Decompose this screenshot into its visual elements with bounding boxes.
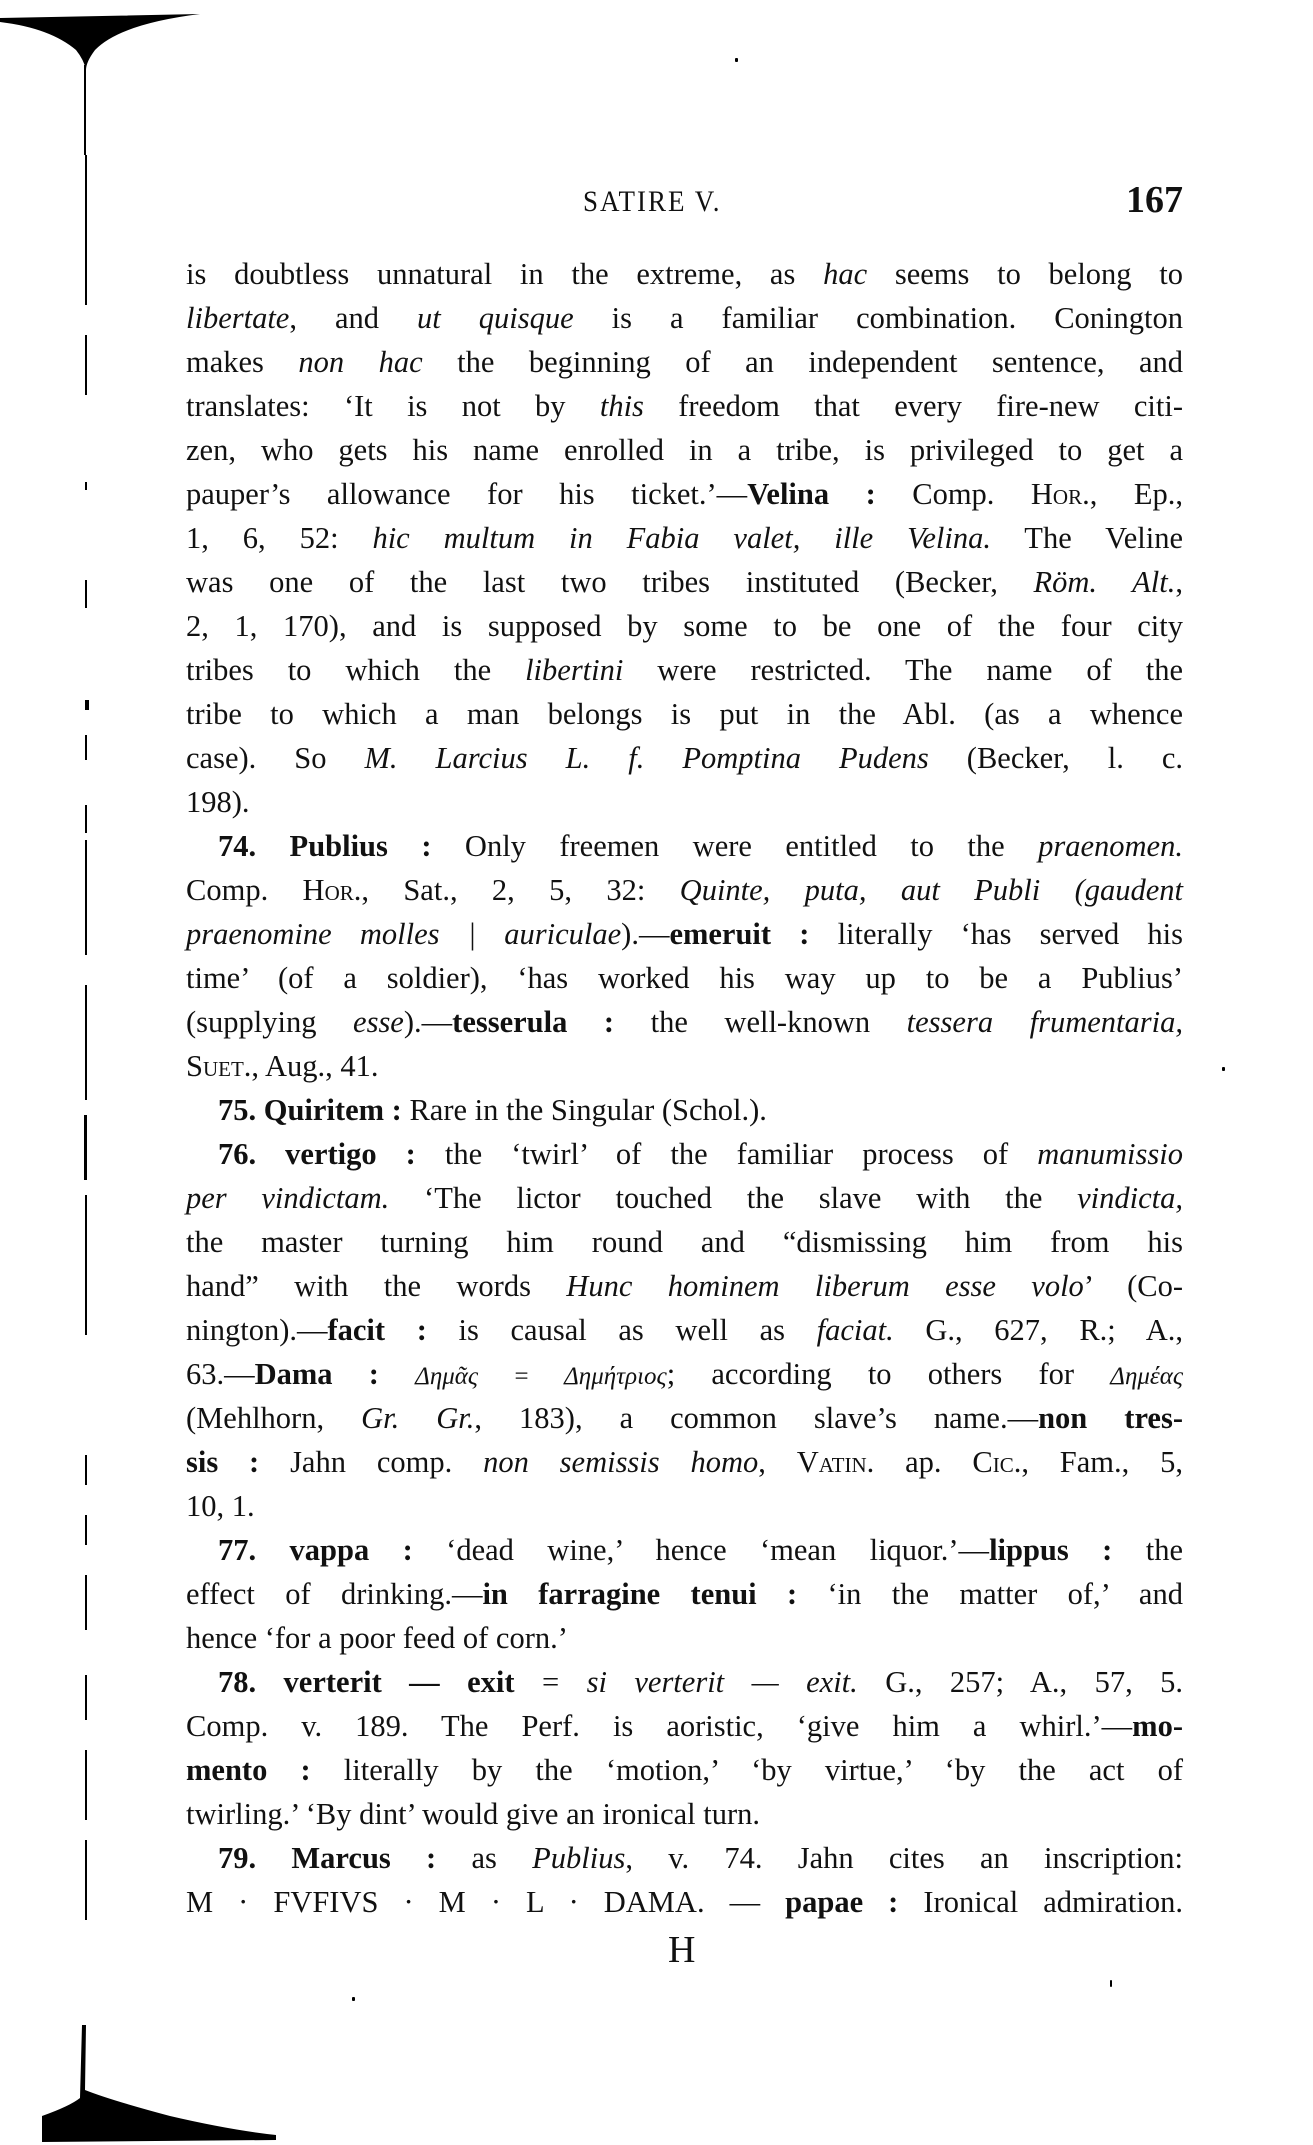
text-run: ‘dead wine,’ hence ‘mean liquor.’—	[413, 1533, 989, 1567]
text-run: tribe to which a man belongs is put in t…	[186, 697, 1183, 731]
italic-phrase: tessera frumentaria,	[907, 1005, 1183, 1039]
text-run: effect of drinking.—	[186, 1577, 482, 1611]
text-line: 2, 1, 170), and is supposed by some to b…	[186, 604, 1183, 648]
margin-mark	[85, 1515, 87, 1545]
text-run: as	[436, 1841, 532, 1875]
text-line: is doubtless unnatural in the extreme, a…	[186, 252, 1183, 296]
text-run: (Mehlhorn,	[186, 1401, 361, 1435]
text-run: Comp. v. 189. The Perf. is aoristic, ‘gi…	[186, 1709, 1132, 1743]
text-line: translates: ‘It is not by this freedom t…	[186, 384, 1183, 428]
text-line: 75. Quiritem : Rare in the Singular (Sch…	[186, 1088, 1183, 1132]
text-run: ., Ep.,	[1082, 477, 1183, 511]
page-number: 167	[1126, 178, 1183, 222]
commentary-body: is doubtless unnatural in the extreme, a…	[186, 252, 1183, 1924]
text-line: 10, 1.	[186, 1484, 1183, 1528]
margin-mark	[85, 700, 89, 710]
text-line: 198).	[186, 780, 1183, 824]
lemma: papae :	[785, 1885, 898, 1919]
text-run: the beginning of an independent sentence…	[423, 345, 1183, 379]
text-run: freedom that every fire-new citi-	[644, 389, 1183, 423]
text-line: 77. vappa : ‘dead wine,’ hence ‘mean liq…	[186, 1528, 1183, 1572]
lemma: 75. Quiritem :	[218, 1093, 402, 1127]
text-run: ., Sat., 2, 5, 32:	[354, 873, 680, 907]
margin-mark	[85, 1750, 87, 1820]
margin-mark	[85, 735, 87, 760]
lemma: 79. Marcus :	[218, 1841, 436, 1875]
text-line: zen, who gets his name enrolled in a tri…	[186, 428, 1183, 472]
text-line: 78. verterit — exit = si verterit — exit…	[186, 1660, 1183, 1704]
text-run: were restricted. The name of the	[623, 653, 1183, 687]
italic-phrase: manumissio	[1037, 1137, 1183, 1171]
text-run: zen, who gets his name enrolled in a tri…	[186, 433, 1183, 467]
text-line: time’ (of a soldier), ‘has worked his wa…	[186, 956, 1183, 1000]
text-line: (supplying esse).—tesserula : the well-k…	[186, 1000, 1183, 1044]
lemma: facit :	[327, 1313, 426, 1347]
text-run: G., 257; A., 57, 5.	[858, 1665, 1183, 1699]
text-run: ).—	[404, 1005, 452, 1039]
margin-mark	[85, 235, 87, 305]
text-line: was one of the last two tribes institute…	[186, 560, 1183, 604]
text-line: M · FVFIVS · M · L · DAMA. — papae : Iro…	[186, 1880, 1183, 1924]
text-line: makes non hac the beginning of an indepe…	[186, 340, 1183, 384]
text-line: Comp. v. 189. The Perf. is aoristic, ‘gi…	[186, 1704, 1183, 1748]
text-run: ,	[1175, 565, 1183, 599]
text-run: is a familiar combination. Conington	[574, 301, 1183, 335]
text-run: ,	[758, 1445, 796, 1479]
text-line: pauper’s allowance for his ticket.’—Veli…	[186, 472, 1183, 516]
text-run: 198).	[186, 785, 250, 819]
text-run: Rare in the Singular (Schol.).	[402, 1093, 767, 1127]
text-run: pauper’s allowance for his ticket.’—	[186, 477, 747, 511]
text-run: 10, 1.	[186, 1489, 255, 1523]
italic-phrase: Quinte, puta, aut Publi (gaudent	[680, 873, 1183, 907]
text-line: tribe to which a man belongs is put in t…	[186, 692, 1183, 736]
text-run: translates: ‘It is not by	[186, 389, 600, 423]
text-line: nington).—facit : is causal as well as f…	[186, 1308, 1183, 1352]
italic-phrase: Publius	[532, 1841, 625, 1875]
text-line: 63.—Dama : Δημᾶς = Δημήτριος; according …	[186, 1352, 1183, 1396]
text-run: , v. 74. Jahn cites an inscription:	[625, 1841, 1183, 1875]
text-run: twirling.’ ‘By dint’ would give an ironi…	[186, 1797, 760, 1831]
text-run: ‘The lictor touched the slave with the	[389, 1181, 1077, 1215]
text-run: Hor	[303, 873, 354, 907]
text-run: the	[1112, 1533, 1183, 1567]
greek-phrase: Δημᾶς = Δημήτριος	[415, 1363, 667, 1390]
text-line: tribes to which the libertini were restr…	[186, 648, 1183, 692]
text-line: hand” with the words Hunc hominem liberu…	[186, 1264, 1183, 1308]
lemma: 76. vertigo :	[218, 1137, 416, 1171]
book-page: SATIRE V. 167 is doubtless unnatural in …	[0, 0, 1313, 2145]
text-line: (Mehlhorn, Gr. Gr., 183), a common slave…	[186, 1396, 1183, 1440]
italic-phrase: ut quisque	[417, 301, 574, 335]
printer-signature-mark: H	[668, 1928, 695, 1972]
text-run: =	[515, 1665, 587, 1699]
text-run	[379, 1357, 415, 1391]
text-run: ., Fam., 5,	[1014, 1445, 1183, 1479]
text-run: Vatin	[797, 1445, 867, 1479]
text-run: Only freemen were entitled to the	[431, 829, 1038, 863]
italic-phrase: praenomen.	[1038, 829, 1183, 863]
margin-mark	[85, 1455, 87, 1485]
text-run: Cic	[972, 1445, 1013, 1479]
text-run: ‘in the matter of,’ and	[797, 1577, 1183, 1611]
text-line: 79. Marcus : as Publius, v. 74. Jahn cit…	[186, 1836, 1183, 1880]
text-run: . ap.	[867, 1445, 973, 1479]
margin-mark	[84, 1115, 87, 1180]
greek-phrase: Δημέας	[1110, 1363, 1183, 1390]
text-run: M · FVFIVS · M · L · DAMA. —	[186, 1885, 785, 1919]
italic-phrase: Hunc hominem liberum esse volo	[566, 1269, 1084, 1303]
text-run: 63.—	[186, 1357, 255, 1391]
italic-phrase: this	[600, 389, 644, 423]
italic-phrase: si verterit — exit.	[587, 1665, 858, 1699]
text-run: Ironical admiration.	[898, 1885, 1183, 1919]
italic-phrase: Röm. Alt.	[1034, 565, 1176, 599]
lemma: in farragine tenui :	[482, 1577, 797, 1611]
text-run: hence ‘for a poor feed of corn.’	[186, 1621, 568, 1655]
text-run: time’ (of a soldier), ‘has worked his wa…	[186, 961, 1183, 995]
text-run: Hor	[1031, 477, 1082, 511]
lemma: mento :	[186, 1753, 311, 1787]
text-run: G., 627, R.; A.,	[894, 1313, 1183, 1347]
lemma: 78. verterit — exit	[218, 1665, 515, 1699]
binding-corner-top-icon	[0, 10, 210, 160]
text-run: nington).—	[186, 1313, 327, 1347]
margin-mark	[85, 482, 87, 490]
lemma: mo-	[1132, 1709, 1183, 1743]
text-run: 1, 6, 52:	[186, 521, 372, 555]
text-run: Suet	[186, 1049, 244, 1083]
running-head-title: SATIRE V.	[583, 184, 722, 218]
margin-mark	[85, 155, 87, 235]
text-line: sis : Jahn comp. non semissis homo, Vati…	[186, 1440, 1183, 1484]
text-run: (supplying	[186, 1005, 353, 1039]
text-run: ’ (Co-	[1084, 1269, 1183, 1303]
text-run: makes	[186, 345, 298, 379]
text-run: ).—	[621, 917, 669, 951]
italic-phrase: hac	[823, 257, 867, 291]
lemma: 77. vappa :	[218, 1533, 413, 1567]
text-run: ., Aug., 41.	[244, 1049, 379, 1083]
text-line: Suet., Aug., 41.	[186, 1044, 1183, 1088]
text-run: hand” with the words	[186, 1269, 566, 1303]
binding-corner-bottom-icon	[40, 2020, 280, 2145]
margin-mark	[85, 840, 87, 955]
lemma: lippus :	[989, 1533, 1112, 1567]
italic-phrase: libertini	[525, 653, 623, 687]
text-run: 2, 1, 170), and is supposed by some to b…	[186, 609, 1183, 643]
margin-mark	[85, 335, 87, 395]
text-run: literally by the ‘motion,’ ‘by virtue,’ …	[311, 1753, 1183, 1787]
running-head: SATIRE V. 167	[186, 178, 1183, 218]
text-run: tribes to which the	[186, 653, 525, 687]
text-run: (Becker, l. c.	[929, 741, 1183, 775]
lemma: non tres-	[1038, 1401, 1183, 1435]
text-run: the well-known	[614, 1005, 907, 1039]
italic-phrase: faciat.	[817, 1313, 894, 1347]
margin-mark	[85, 580, 87, 608]
text-line: libertate, and ut quisque is a familiar …	[186, 296, 1183, 340]
lemma: emeruit :	[669, 917, 809, 951]
lemma: Velina :	[747, 477, 876, 511]
text-line: per vindictam. ‘The lictor touched the s…	[186, 1176, 1183, 1220]
text-run: was one of the last two tribes institute…	[186, 565, 1034, 599]
text-line: 1, 6, 52: hic multum in Fabia valet, ill…	[186, 516, 1183, 560]
italic-phrase: vindicta,	[1077, 1181, 1183, 1215]
text-run: ; according to others for	[667, 1357, 1111, 1391]
text-run: is doubtless unnatural in the extreme, a…	[186, 257, 823, 291]
ink-speck	[735, 58, 738, 62]
ink-speck	[352, 1997, 355, 2001]
text-run: seems to belong to	[867, 257, 1183, 291]
text-run: Jahn comp.	[259, 1445, 483, 1479]
italic-phrase: non semissis homo	[483, 1445, 758, 1479]
italic-phrase: non hac	[298, 345, 422, 379]
text-line: the master turning him round and “dismis…	[186, 1220, 1183, 1264]
text-run: the ‘twirl’ of the familiar process of	[416, 1137, 1037, 1171]
ink-speck	[1222, 1067, 1225, 1071]
italic-phrase: Gr. Gr.	[361, 1401, 474, 1435]
text-run: Comp.	[876, 477, 1031, 511]
margin-mark	[85, 985, 87, 1100]
text-line: 76. vertigo : the ‘twirl’ of the familia…	[186, 1132, 1183, 1176]
italic-phrase: praenomine molles | auriculae	[186, 917, 621, 951]
text-run: literally ‘has served his	[809, 917, 1183, 951]
text-line: mento : literally by the ‘motion,’ ‘by v…	[186, 1748, 1183, 1792]
ink-speck	[1110, 1980, 1112, 1987]
text-run: the master turning him round and “dismis…	[186, 1225, 1183, 1259]
text-run: , 183), a common slave’s name.—	[474, 1401, 1038, 1435]
text-line: twirling.’ ‘By dint’ would give an ironi…	[186, 1792, 1183, 1836]
margin-mark	[85, 1195, 87, 1335]
text-line: effect of drinking.—in farragine tenui :…	[186, 1572, 1183, 1616]
margin-mark	[85, 1675, 87, 1720]
text-run: is causal as well as	[427, 1313, 817, 1347]
lemma: Dama :	[255, 1357, 379, 1391]
text-run: , and	[289, 301, 417, 335]
margin-mark	[85, 805, 87, 833]
lemma: tesserula :	[452, 1005, 614, 1039]
lemma: 74. Publius :	[218, 829, 431, 863]
margin-mark	[85, 1575, 87, 1630]
text-line: Comp. Hor., Sat., 2, 5, 32: Quinte, puta…	[186, 868, 1183, 912]
text-line: case). So M. Larcius L. f. Pomptina Pude…	[186, 736, 1183, 780]
text-run: The Veline	[991, 521, 1183, 555]
italic-phrase: hic multum in Fabia valet, ille Velina.	[372, 521, 991, 555]
lemma: sis :	[186, 1445, 259, 1479]
text-line: hence ‘for a poor feed of corn.’	[186, 1616, 1183, 1660]
text-line: praenomine molles | auriculae).—emeruit …	[186, 912, 1183, 956]
italic-phrase: per vindictam.	[186, 1181, 389, 1215]
italic-phrase: esse	[353, 1005, 404, 1039]
italic-phrase: libertate	[186, 301, 289, 335]
text-run: case). So	[186, 741, 365, 775]
italic-phrase: M. Larcius L. f. Pomptina Pudens	[365, 741, 929, 775]
margin-mark	[85, 1840, 87, 1920]
text-run: Comp.	[186, 873, 303, 907]
text-line: 74. Publius : Only freemen were entitled…	[186, 824, 1183, 868]
